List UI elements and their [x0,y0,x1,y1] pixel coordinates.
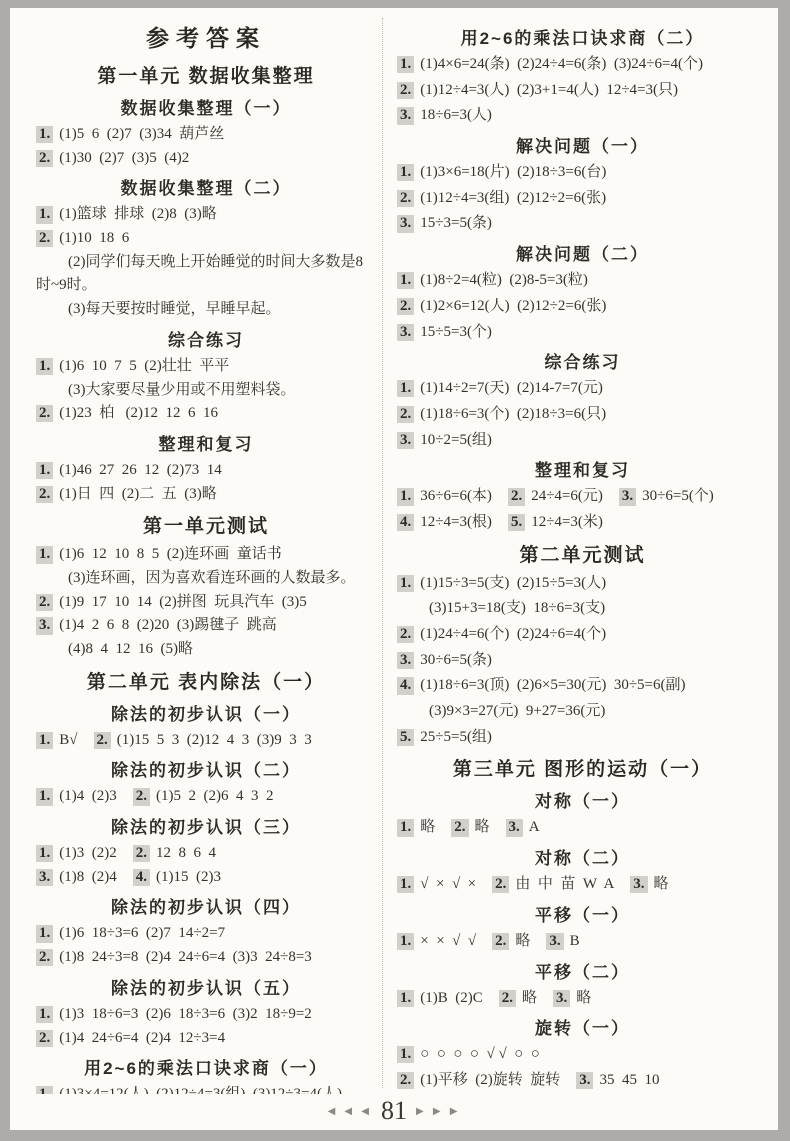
answer-number-marker: 1. [36,358,53,375]
answer-number-marker: 3. [546,933,563,950]
answer-number-marker: 2. [36,230,53,247]
answer-number-marker: 1. [36,126,53,143]
answer-number-marker: 2. [36,150,53,167]
answer-text: (1)8 (2)4 [59,869,116,885]
answer-text: B [570,933,580,949]
answer-text: (1)15 5 3 (2)12 4 3 (3)9 3 3 [117,732,312,748]
answer-line: 2.(1)30 (2)7 (3)5 (4)2 [36,148,376,169]
answer-number-marker: 2. [397,406,414,423]
section-heading: 整理和复习 [36,430,376,455]
answer-continuation-line: 时~9时。 [36,275,376,296]
answer-line: 2.(1)平移 (2)旋转 旋转3.35 45 10 [397,1070,768,1091]
answer-text: (1)5 6 (2)7 (3)34 葫芦丝 [59,126,224,142]
unit-heading: 第二单元 表内除法（一） [36,667,376,694]
section-heading: 数据收集整理（二） [36,174,376,199]
answer-number-marker: 1. [36,546,53,563]
answer-continuation-line: (3)9×3=27(元) 9+27=36(元) [397,701,768,722]
answer-continuation-line: (3)大家要尽量少用或不用塑料袋。 [36,380,376,401]
answer-line: 1.略2.略3.A [397,817,768,838]
answer-line: 2.(1)10 18 6 [36,228,376,249]
answer-line: 1.(1)3×6=18(片) (2)18÷3=6(台) [397,162,768,183]
answer-text: 15÷5=3(个) [420,324,492,340]
section-heading: 解决问题（一） [397,132,768,157]
answer-number-marker: 1. [36,206,53,223]
section-heading: 用2~6的乘法口诀求商（二） [397,24,768,49]
answer-line: 2.(1)18÷6=3(个) (2)18÷3=6(只) [397,404,768,425]
page-title: 参考答案 [36,20,376,53]
answer-line: 2.(1)24÷4=6(个) (2)24÷6=4(个) [397,624,768,645]
answer-number-marker: 3. [36,617,53,634]
section-heading: 对称（一） [397,787,768,812]
answer-line: 1.√ × √ ×2.由 中 苗 W A3.略 [397,874,768,895]
answer-line: 2.(1)8 24÷3=8 (2)4 24÷6=4 (3)3 24÷8=3 [36,947,376,968]
answer-continuation-line: (2)同学们每天晚上开始睡觉的时间大多数是8 [36,252,376,273]
answer-number-marker: 2. [397,1072,414,1089]
answer-line: 1.(1)46 27 26 12 (2)73 14 [36,460,376,481]
answer-text: (1)6 10 7 5 (2)壮壮 平平 [59,358,229,374]
answer-line: 1.B√2.(1)15 5 3 (2)12 4 3 (3)9 3 3 [36,730,376,751]
answer-text: (1)4×6=24(条) (2)24÷4=6(条) (3)24÷6=4(个) [420,56,703,72]
answer-continuation-line: (3)每天要按时睡觉，早睡早起。 [36,299,376,320]
answer-number-marker: 2. [451,819,468,836]
answer-text: (1)18÷6=3(顶) (2)6×5=30(元) 30÷5=6(副) [420,677,685,693]
answer-text: 略 [576,990,591,1006]
answer-text: 18÷6=3(人) [420,107,492,123]
answer-number-marker: 5. [508,514,525,531]
answer-text: (1)6 12 10 8 5 (2)连环画 童话书 [59,546,281,562]
section-heading: 除法的初步认识（五） [36,974,376,999]
answer-continuation-line: (3)15+3=18(支) 18÷6=3(支) [397,598,768,619]
answer-number-marker: 1. [397,488,414,505]
answer-text: (1)篮球 排球 (2)8 (3)略 [59,206,216,222]
answer-text: × × √ √ [420,933,476,949]
section-heading: 除法的初步认识（三） [36,813,376,838]
answer-number-marker: 5. [397,729,414,746]
answer-text: 略 [515,933,530,949]
answer-number-marker: 1. [397,933,414,950]
answer-line: 3.(1)4 2 6 8 (2)20 (3)踢毽子 跳高 [36,615,376,636]
answer-text: (1)12÷4=3(人) (2)3+1=4(人) 12÷4=3(只) [420,82,678,98]
answer-line: 1.(1)3×4=12(人) (2)12÷4=3(组) (3)12÷3=4(人) [36,1084,376,1094]
unit-test-heading: 第二单元测试 [397,540,768,567]
page-footer: ◀ ◀ ◀ 81 ▶ ▶ ▶ [10,1094,778,1128]
answer-text: (1)3 (2)2 [59,845,116,861]
answer-number-marker: 3. [397,652,414,669]
answer-text: (1)5 2 (2)6 4 3 2 [156,788,273,804]
answer-number-marker: 4. [397,677,414,694]
answer-number-marker: 1. [397,819,414,836]
answer-text: (1)4 24÷6=4 (2)4 12÷3=4 [59,1030,225,1046]
answer-line: 2.(1)12÷4=3(人) (2)3+1=4(人) 12÷4=3(只) [397,80,768,101]
answer-text: 略 [522,990,537,1006]
answer-text: (1)15 (2)3 [156,869,221,885]
answer-line: 3.15÷5=3(个) [397,322,768,343]
answer-text: (1)46 27 26 12 (2)73 14 [59,462,221,478]
right-column: 用2~6的乘法口诀求商（二）1.(1)4×6=24(条) (2)24÷4=6(条… [383,18,778,1094]
answer-line: 1.× × √ √2.略3.B [397,931,768,952]
answer-number-marker: 3. [397,215,414,232]
section-heading: 除法的初步认识（一） [36,700,376,725]
right-arrows-icon: ▶ ▶ ▶ [416,1106,460,1117]
answer-continuation-line: (4)8 4 12 16 (5)略 [36,639,376,660]
answer-number-marker: 2. [36,486,53,503]
answer-line: 4.12÷4=3(根)5.12÷4=3(米) [397,512,768,533]
answer-number-marker: 1. [36,462,53,479]
section-heading: 解决问题（二） [397,240,768,265]
section-heading: 旋转（一） [397,1014,768,1039]
answer-text: (1)4 2 6 8 (2)20 (3)踢毽子 跳高 [59,617,276,633]
answer-line: 2.(1)12÷4=3(组) (2)12÷2=6(张) [397,188,768,209]
answer-number-marker: 1. [36,788,53,805]
answer-text: (1)9 17 10 14 (2)拼图 玩具汽车 (3)5 [59,594,306,610]
answer-line: 1.(1)篮球 排球 (2)8 (3)略 [36,204,376,225]
answer-text: 35 45 10 [599,1072,659,1088]
answer-number-marker: 3. [397,324,414,341]
answer-number-marker: 3. [630,876,647,893]
answer-number-marker: 3. [553,990,570,1007]
answer-number-marker: 3. [619,488,636,505]
section-heading: 除法的初步认识（二） [36,756,376,781]
answer-text: (1)8÷2=4(粒) (2)8-5=3(粒) [420,272,588,288]
answer-text: 10÷2=5(组) [420,432,492,448]
answer-line: 3.10÷2=5(组) [397,430,768,451]
answer-number-marker: 3. [506,819,523,836]
answer-number-marker: 1. [36,925,53,942]
answer-number-marker: 1. [36,1006,53,1023]
answer-line: 1.(1)3 (2)22.12 8 6 4 [36,843,376,864]
answer-number-marker: 2. [397,626,414,643]
answer-number-marker: 2. [397,298,414,315]
left-arrows-icon: ◀ ◀ ◀ [328,1106,372,1117]
left-column: 参考答案第一单元 数据收集整理数据收集整理（一）1.(1)5 6 (2)7 (3… [10,18,382,1094]
unit-heading: 第一单元 数据收集整理 [36,61,376,88]
answer-text: ○ ○ ○ ○ √ √ ○ ○ [420,1046,540,1062]
answer-line: 3.(1)8 (2)44.(1)15 (2)3 [36,867,376,888]
answer-number-marker: 1. [36,845,53,862]
answer-number-marker: 2. [133,845,150,862]
answer-text: (1)30 (2)7 (3)5 (4)2 [59,150,189,166]
answer-number-marker: 2. [36,1030,53,1047]
answer-text: 略 [475,819,490,835]
answer-text: (1)日 四 (2)二 五 (3)略 [59,486,216,502]
answer-text: (1)15÷3=5(支) (2)15÷5=3(人) [420,575,606,591]
answer-text: 25÷5=5(组) [420,729,492,745]
answer-number-marker: 2. [492,933,509,950]
answer-text: (1)2×6=12(人) (2)12÷2=6(张) [420,298,606,314]
answer-number-marker: 3. [576,1072,593,1089]
answer-text: (1)4 (2)3 [59,788,116,804]
answer-line: 1.(1)14÷2=7(天) (2)14-7=7(元) [397,378,768,399]
answer-line: 1.36÷6=6(本)2.24÷4=6(元)3.30÷6=5(个) [397,486,768,507]
answer-text: (1)3×4=12(人) (2)12÷4=3(组) (3)12÷3=4(人) [59,1086,342,1094]
answer-line: 1.(1)6 12 10 8 5 (2)连环画 童话书 [36,544,376,565]
answer-number-marker: 2. [36,594,53,611]
answer-number-marker: 1. [397,56,414,73]
answer-text: 30÷6=5(个) [642,488,714,504]
answer-text: 略 [654,876,669,892]
answer-line: 1.(1)6 18÷3=6 (2)7 14÷2=7 [36,923,376,944]
answer-text: (1)8 24÷3=8 (2)4 24÷6=4 (3)3 24÷8=3 [59,949,312,965]
answer-text: 12÷4=3(根) [420,514,492,530]
two-column-layout: 参考答案第一单元 数据收集整理数据收集整理（一）1.(1)5 6 (2)7 (3… [10,8,778,1094]
answer-text: (1)平移 (2)旋转 旋转 [420,1072,560,1088]
answer-key-page: 参考答案第一单元 数据收集整理数据收集整理（一）1.(1)5 6 (2)7 (3… [10,8,778,1130]
answer-line: 1.(1)15÷3=5(支) (2)15÷5=3(人) [397,573,768,594]
answer-line: 4.(1)18÷6=3(顶) (2)6×5=30(元) 30÷5=6(副) [397,675,768,696]
answer-number-marker: 2. [499,990,516,1007]
answer-text: B√ [59,732,77,748]
answer-line: 2.(1)日 四 (2)二 五 (3)略 [36,484,376,505]
answer-number-marker: 2. [492,876,509,893]
answer-number-marker: 1. [36,1086,53,1094]
answer-number-marker: 2. [94,732,111,749]
answer-number-marker: 2. [397,82,414,99]
answer-text: 12÷4=3(米) [531,514,603,530]
answer-text: (1)B (2)C [420,990,483,1006]
answer-line: 1.(1)6 10 7 5 (2)壮壮 平平 [36,356,376,377]
answer-text: 15÷3=5(条) [420,215,492,231]
answer-line: 2.(1)4 24÷6=4 (2)4 12÷3=4 [36,1028,376,1049]
answer-line: 2.(1)23 柏 (2)12 12 6 16 [36,403,376,424]
answer-line: 3.15÷3=5(条) [397,213,768,234]
section-heading: 数据收集整理（一） [36,94,376,119]
answer-text: A [529,819,540,835]
section-heading: 对称（二） [397,844,768,869]
answer-text: (1)3 18÷6=3 (2)6 18÷3=6 (3)2 18÷9=2 [59,1006,312,1022]
unit-test-heading: 第一单元测试 [36,511,376,538]
answer-line: 1.(1)B (2)C2.略3.略 [397,988,768,1009]
answer-text: 30÷6=5(条) [420,652,492,668]
answer-line: 2.(1)9 17 10 14 (2)拼图 玩具汽车 (3)5 [36,592,376,613]
answer-text: (1)12÷4=3(组) (2)12÷2=6(张) [420,190,606,206]
section-heading: 平移（一） [397,901,768,926]
answer-number-marker: 2. [508,488,525,505]
answer-number-marker: 3. [36,869,53,886]
section-heading: 综合练习 [397,348,768,373]
answer-number-marker: 1. [397,990,414,1007]
answer-line: 1.(1)8÷2=4(粒) (2)8-5=3(粒) [397,270,768,291]
page-number: 81 [381,1098,407,1124]
answer-number-marker: 3. [397,432,414,449]
answer-text: (1)10 18 6 [59,230,129,246]
answer-line: 3.18÷6=3(人) [397,105,768,126]
answer-number-marker: 1. [397,575,414,592]
answer-number-marker: 4. [397,514,414,531]
answer-number-marker: 2. [36,949,53,966]
answer-line: 1.(1)5 6 (2)7 (3)34 葫芦丝 [36,124,376,145]
section-heading: 整理和复习 [397,456,768,481]
answer-number-marker: 1. [397,876,414,893]
answer-line: 3.30÷6=5(条) [397,650,768,671]
section-heading: 除法的初步认识（四） [36,893,376,918]
answer-line: 1.(1)4×6=24(条) (2)24÷4=6(条) (3)24÷6=4(个) [397,54,768,75]
answer-number-marker: 1. [36,732,53,749]
answer-number-marker: 1. [397,272,414,289]
section-heading: 平移（二） [397,958,768,983]
unit-heading: 第三单元 图形的运动（一） [397,754,768,781]
answer-number-marker: 2. [133,788,150,805]
answer-number-marker: 3. [397,107,414,124]
answer-number-marker: 1. [397,1046,414,1063]
answer-number-marker: 1. [397,380,414,397]
answer-line: 5.25÷5=5(组) [397,727,768,748]
answer-continuation-line: (3)连环画，因为喜欢看连环画的人数最多。 [36,568,376,589]
answer-text: (1)3×6=18(片) (2)18÷3=6(台) [420,164,606,180]
answer-text: 36÷6=6(本) [420,488,492,504]
answer-text: (1)6 18÷3=6 (2)7 14÷2=7 [59,925,225,941]
answer-text: (1)18÷6=3(个) (2)18÷3=6(只) [420,406,606,422]
answer-line: 1.(1)4 (2)32.(1)5 2 (2)6 4 3 2 [36,786,376,807]
answer-line: 1.○ ○ ○ ○ √ √ ○ ○ [397,1044,768,1065]
answer-text: 由 中 苗 W A [515,876,614,892]
answer-number-marker: 1. [397,164,414,181]
answer-line: 2.(1)2×6=12(人) (2)12÷2=6(张) [397,296,768,317]
answer-text: √ × √ × [420,876,476,892]
answer-text: (1)23 柏 (2)12 12 6 16 [59,405,218,421]
answer-text: 12 8 6 4 [156,845,216,861]
answer-number-marker: 2. [36,405,53,422]
answer-text: 24÷4=6(元) [531,488,603,504]
answer-number-marker: 2. [397,190,414,207]
answer-text: (1)24÷4=6(个) (2)24÷6=4(个) [420,626,606,642]
answer-number-marker: 4. [133,869,150,886]
answer-line: 1.(1)3 18÷6=3 (2)6 18÷3=6 (3)2 18÷9=2 [36,1004,376,1025]
answer-text: (1)14÷2=7(天) (2)14-7=7(元) [420,380,603,396]
section-heading: 综合练习 [36,326,376,351]
section-heading: 用2~6的乘法口诀求商（一） [36,1054,376,1079]
answer-text: 略 [420,819,435,835]
